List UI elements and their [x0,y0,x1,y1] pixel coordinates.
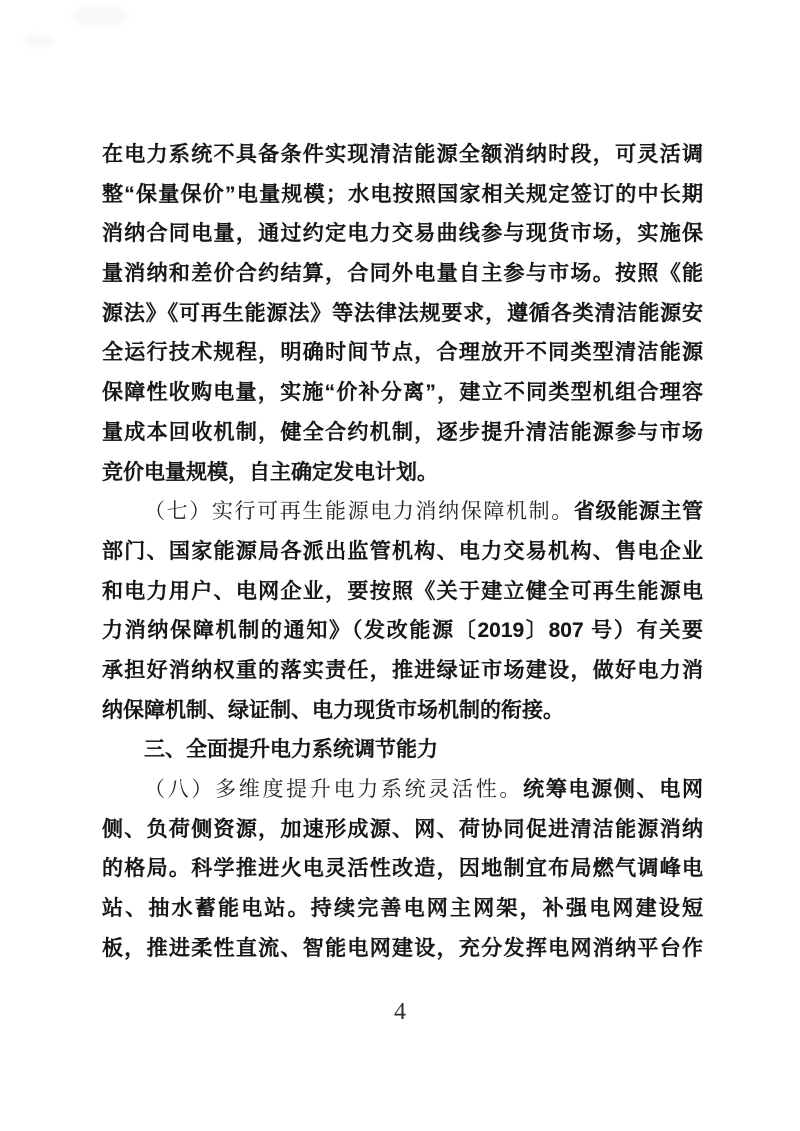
body-line: 承担好消纳权重的落实责任，推进绿证市场建设，做好电力消 [102,651,703,691]
clause-7-continuation: 省级能源主管 [574,500,703,523]
body-line: 的格局。科学推进火电灵活性改造，因地制宜布局燃气调峰电 [102,849,703,889]
body-line: 在电力系统不具备条件实现清洁能源全额消纳时段，可灵活调 [102,135,703,175]
body-line: 竞价电量规模，自主确定发电计划。 [102,453,703,493]
body-line: 力消纳保障机制的通知》（发改能源〔2019〕807 号）有关要求， [102,611,703,651]
scan-artifact [24,34,54,48]
paragraph-lead-line: （七）实行可再生能源电力消纳保障机制。省级能源主管 [102,492,703,532]
body-line: 侧、负荷侧资源，加速形成源、网、荷协同促进清洁能源消纳 [102,810,703,850]
body-line: 站、抽水蓄能电站。持续完善电网主网架，补强电网建设短 [102,889,703,929]
text-block: 在电力系统不具备条件实现清洁能源全额消纳时段，可灵活调 整“保量保价”电量规模；… [102,135,703,968]
body-line: 消纳合同电量，通过约定电力交易曲线参与现货市场，实施保 [102,214,703,254]
scan-artifact [70,6,130,26]
page-number: 4 [0,999,800,1026]
body-line: 保障性收购电量，实施“价补分离”，建立不同类型机组合理容 [102,373,703,413]
section-heading: 三、全面提升电力系统调节能力 [102,730,703,770]
body-line: 板，推进柔性直流、智能电网建设，充分发挥电网消纳平台作 [102,929,703,969]
body-line: 全运行技术规程，明确时间节点，合理放开不同类型清洁能源 [102,333,703,373]
clause-8-lead: （八）多维度提升电力系统灵活性。 [144,777,523,801]
body-line: 量成本回收机制，健全合约机制，逐步提升清洁能源参与市场 [102,413,703,453]
paragraph-lead-line: （八）多维度提升电力系统灵活性。统筹电源侧、电网 [102,770,703,810]
body-line: 源法》《可再生能源法》等法律法规要求，遵循各类清洁能源安 [102,294,703,334]
body-line: 整“保量保价”电量规模；水电按照国家相关规定签订的中长期 [102,175,703,215]
document-page: 在电力系统不具备条件实现清洁能源全额消纳时段，可灵活调 整“保量保价”电量规模；… [0,0,800,1131]
body-line: 量消纳和差价合约结算，合同外电量自主参与市场。按照《能 [102,254,703,294]
body-line: 部门、国家能源局各派出监管机构、电力交易机构、售电企业 [102,532,703,572]
clause-8-continuation: 统筹电源侧、电网 [523,778,703,801]
body-line: 和电力用户、电网企业，要按照《关于建立健全可再生能源电 [102,572,703,612]
clause-7-lead: （七）实行可再生能源电力消纳保障机制。 [144,499,574,523]
body-line: 纳保障机制、绿证制、电力现货市场机制的衔接。 [102,691,703,731]
